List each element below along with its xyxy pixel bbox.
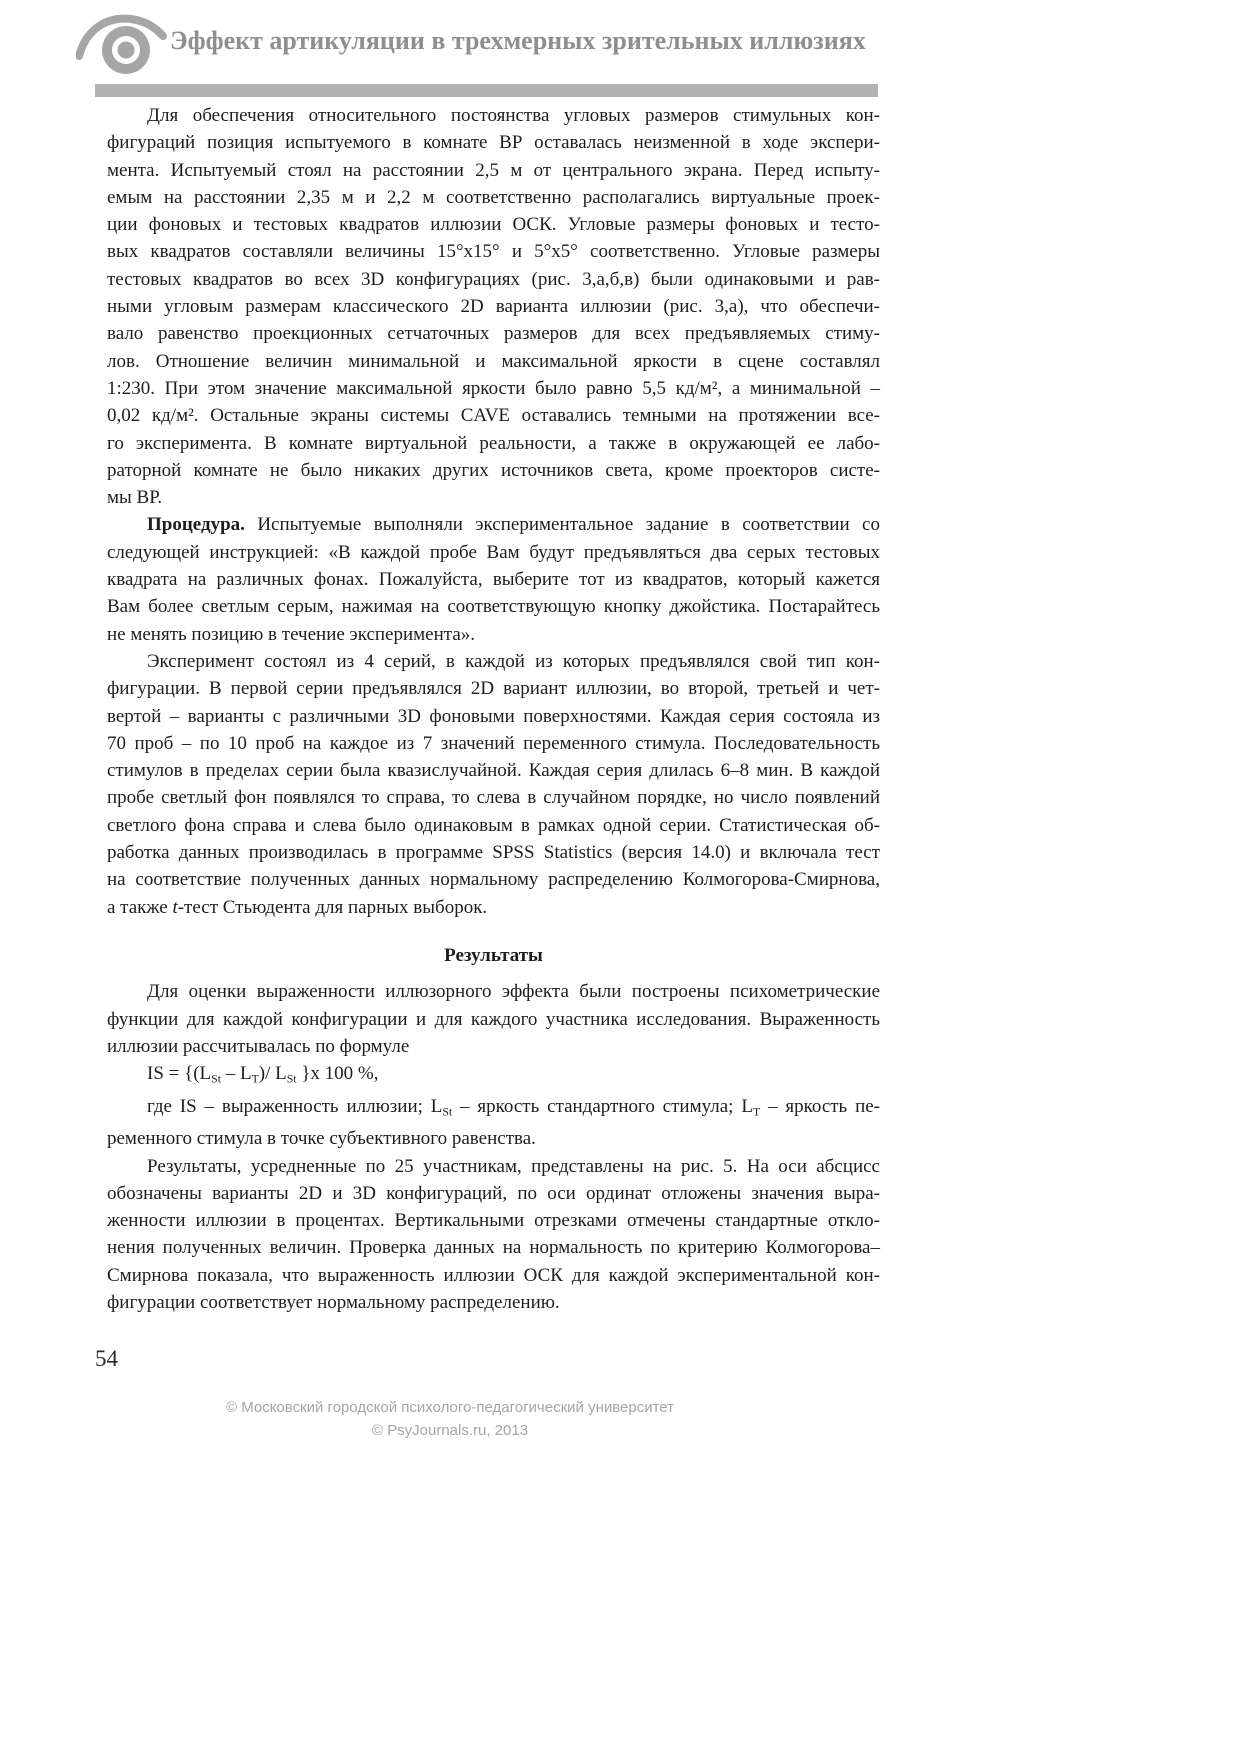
text-run: тестовых квадратов во всех 3D конфигурац…	[107, 269, 880, 290]
text-line: Вам более светлым серым, нажимая на соот…	[107, 593, 880, 620]
text-line: обозначены варианты 2D и 3D конфигураций…	[107, 1180, 880, 1207]
text-line: фигурации соответствует нормальному расп…	[107, 1289, 880, 1316]
text-line: вых квадратов составляли величины 15°х15…	[107, 238, 880, 265]
text-run: вертой – варианты с различными 3D фоновы…	[107, 706, 880, 727]
text-run: а также	[107, 897, 172, 918]
footer: © Московский городской психолого-педагог…	[70, 1396, 830, 1442]
text-line: 0,02 кд/м². Остальные экраны системы CAV…	[107, 402, 880, 429]
subscript-run: T	[252, 1072, 259, 1085]
text-line: не менять позицию в течение эксперимента…	[107, 621, 880, 648]
text-run: го эксперимента. В комнате виртуальной р…	[107, 433, 880, 454]
text-run: нения полученных величин. Проверка данны…	[107, 1237, 880, 1258]
text-run: мента. Испытуемый стоял на расстоянии 2,…	[107, 160, 880, 181]
text-run: 1:230. При этом значение максимальной яр…	[107, 378, 880, 399]
header-title: Эффект артикуляции в трехмерных зрительн…	[170, 26, 890, 56]
subscript-run: St	[211, 1072, 221, 1085]
text-run: фигурации соответствует нормальному расп…	[107, 1292, 560, 1313]
text-line: функции для каждой конфигурации и для ка…	[107, 1006, 880, 1033]
text-line: тестовых квадратов во всех 3D конфигурац…	[107, 266, 880, 293]
text-line: Для обеспечения относительного постоянст…	[107, 102, 880, 129]
subscript-run: St	[442, 1105, 452, 1118]
subscript-run: St	[287, 1072, 297, 1085]
text-line: стимулов в пределах серии была квазислуч…	[107, 757, 880, 784]
text-run: )/ L	[259, 1063, 287, 1084]
eye-logo-icon	[76, 6, 168, 83]
text-run: Результаты, усредненные по 25 участникам…	[147, 1156, 880, 1177]
text-run: -тест Стьюдента для парных выборок.	[178, 897, 487, 918]
text-line: следующей инструкцией: «В каждой пробе В…	[107, 539, 880, 566]
text-run: на соответствие полученных данных нормал…	[107, 869, 880, 890]
text-run: функции для каждой конфигурации и для ка…	[107, 1009, 880, 1030]
text-line: Для оценки выраженности иллюзорного эффе…	[107, 978, 880, 1005]
text-run: – яркость стандартного стимула; L	[452, 1096, 753, 1117]
text-line: квадрата на различных фонах. Пожалуйста,…	[107, 566, 880, 593]
text-run: Испытуемые выполняли экспериментальное з…	[245, 514, 880, 535]
text-run: ременного стимула в точке субъективного …	[107, 1128, 536, 1149]
text-line: мента. Испытуемый стоял на расстоянии 2,…	[107, 157, 880, 184]
text-line: мы ВР.	[107, 484, 880, 511]
text-run: иллюзии рассчитывалась по формуле	[107, 1036, 409, 1057]
text-line: нения полученных величин. Проверка данны…	[107, 1234, 880, 1261]
text-run: раторной комнате не было никаких других …	[107, 460, 880, 481]
text-run: ции фоновых и тестовых квадратов иллюзии…	[107, 214, 880, 235]
text-line: на соответствие полученных данных нормал…	[107, 866, 880, 893]
text-line: Эксперимент состоял из 4 серий, в каждой…	[107, 648, 880, 675]
text-run: Для оценки выраженности иллюзорного эффе…	[147, 981, 880, 1002]
text-line: Процедура. Испытуемые выполняли эксперим…	[107, 511, 880, 538]
text-run: лов. Отношение величин минимальной и мак…	[107, 351, 880, 372]
text-line: 70 проб – по 10 проб на каждое из 7 знач…	[107, 730, 880, 757]
text-line: пробе светлый фон появлялся то справа, т…	[107, 784, 880, 811]
text-line: раторной комнате не было никаких других …	[107, 457, 880, 484]
text-line: вало равенство проекционных сетчаточных …	[107, 320, 880, 347]
text-run: – L	[221, 1063, 252, 1084]
text-run: – яркость пе-	[760, 1096, 880, 1117]
text-run: мы ВР.	[107, 487, 162, 508]
text-run: ными угловым размерам классического 2D в…	[107, 296, 880, 317]
text-run: фигураций позиция испытуемого в комнате …	[107, 132, 880, 153]
text-run: пробе светлый фон появлялся то справа, т…	[107, 787, 880, 808]
text-line: ции фоновых и тестовых квадратов иллюзии…	[107, 211, 880, 238]
text-run: Вам более светлым серым, нажимая на соот…	[107, 596, 880, 617]
page: Эффект артикуляции в трехмерных зрительн…	[0, 0, 1240, 1754]
page-number: 54	[95, 1346, 118, 1372]
text-run: вых квадратов составляли величины 15°х15…	[107, 241, 880, 262]
text-line: вертой – варианты с различными 3D фоновы…	[107, 703, 880, 730]
text-run: Смирнова показала, что выраженность иллю…	[107, 1265, 880, 1286]
text-run: Для обеспечения относительного постоянст…	[147, 105, 880, 126]
text-line: IS = {(LSt – LT)/ LSt }х 100 %,	[107, 1060, 880, 1093]
text-run: емым на расстоянии 2,35 м и 2,2 м соотве…	[107, 187, 880, 208]
text-run: стимулов в пределах серии была квазислуч…	[107, 760, 880, 781]
text-line: где IS – выраженность иллюзии; LSt – ярк…	[107, 1093, 880, 1126]
text-run: Эксперимент состоял из 4 серий, в каждой…	[147, 651, 880, 672]
footer-copyright-psyjournals: © PsyJournals.ru, 2013	[70, 1419, 830, 1442]
text-run: обозначены варианты 2D и 3D конфигураций…	[107, 1183, 880, 1204]
text-line: емым на расстоянии 2,35 м и 2,2 м соотве…	[107, 184, 880, 211]
text-run: Процедура.	[147, 514, 245, 535]
text-run: светлого фона справа и слева было одинак…	[107, 815, 880, 836]
text-line: Смирнова показала, что выраженность иллю…	[107, 1262, 880, 1289]
text-line: 1:230. При этом значение максимальной яр…	[107, 375, 880, 402]
text-run: IS = {(L	[147, 1063, 211, 1084]
text-run: квадрата на различных фонах. Пожалуйста,…	[107, 569, 880, 590]
text-line: го эксперимента. В комнате виртуальной р…	[107, 430, 880, 457]
text-run: вало равенство проекционных сетчаточных …	[107, 323, 880, 344]
text-run: не менять позицию в течение эксперимента…	[107, 624, 475, 645]
text-run: следующей инструкцией: «В каждой пробе В…	[107, 542, 880, 563]
text-line: ременного стимула в точке субъективного …	[107, 1125, 880, 1152]
header-rule-divider	[95, 84, 878, 97]
text-run: где IS – выраженность иллюзии; L	[147, 1096, 442, 1117]
text-run: }х 100 %,	[297, 1063, 379, 1084]
text-line: фигурации. В первой серии предъявлялся 2…	[107, 675, 880, 702]
text-line: ными угловым размерам классического 2D в…	[107, 293, 880, 320]
text-run: 0,02 кд/м². Остальные экраны системы CAV…	[107, 405, 880, 426]
text-line: Результаты, усредненные по 25 участникам…	[107, 1153, 880, 1180]
text-line: работка данных производилась в программе…	[107, 839, 880, 866]
text-line: а также t-тест Стьюдента для парных выбо…	[107, 894, 880, 921]
text-line: лов. Отношение величин минимальной и мак…	[107, 348, 880, 375]
text-run: фигурации. В первой серии предъявлялся 2…	[107, 678, 880, 699]
text-run: 70 проб – по 10 проб на каждое из 7 знач…	[107, 733, 880, 754]
text-run: работка данных производилась в программе…	[107, 842, 880, 863]
text-line: женности иллюзии в процентах. Вертикальн…	[107, 1207, 880, 1234]
text-line: иллюзии рассчитывалась по формуле	[107, 1033, 880, 1060]
footer-copyright-university: © Московский городской психолого-педагог…	[70, 1396, 830, 1419]
section-heading-results: Результаты	[107, 942, 880, 969]
text-line: фигураций позиция испытуемого в комнате …	[107, 129, 880, 156]
body-text: Для обеспечения относительного постоянст…	[107, 102, 880, 1316]
text-run: женности иллюзии в процентах. Вертикальн…	[107, 1210, 880, 1231]
text-line: светлого фона справа и слева было одинак…	[107, 812, 880, 839]
